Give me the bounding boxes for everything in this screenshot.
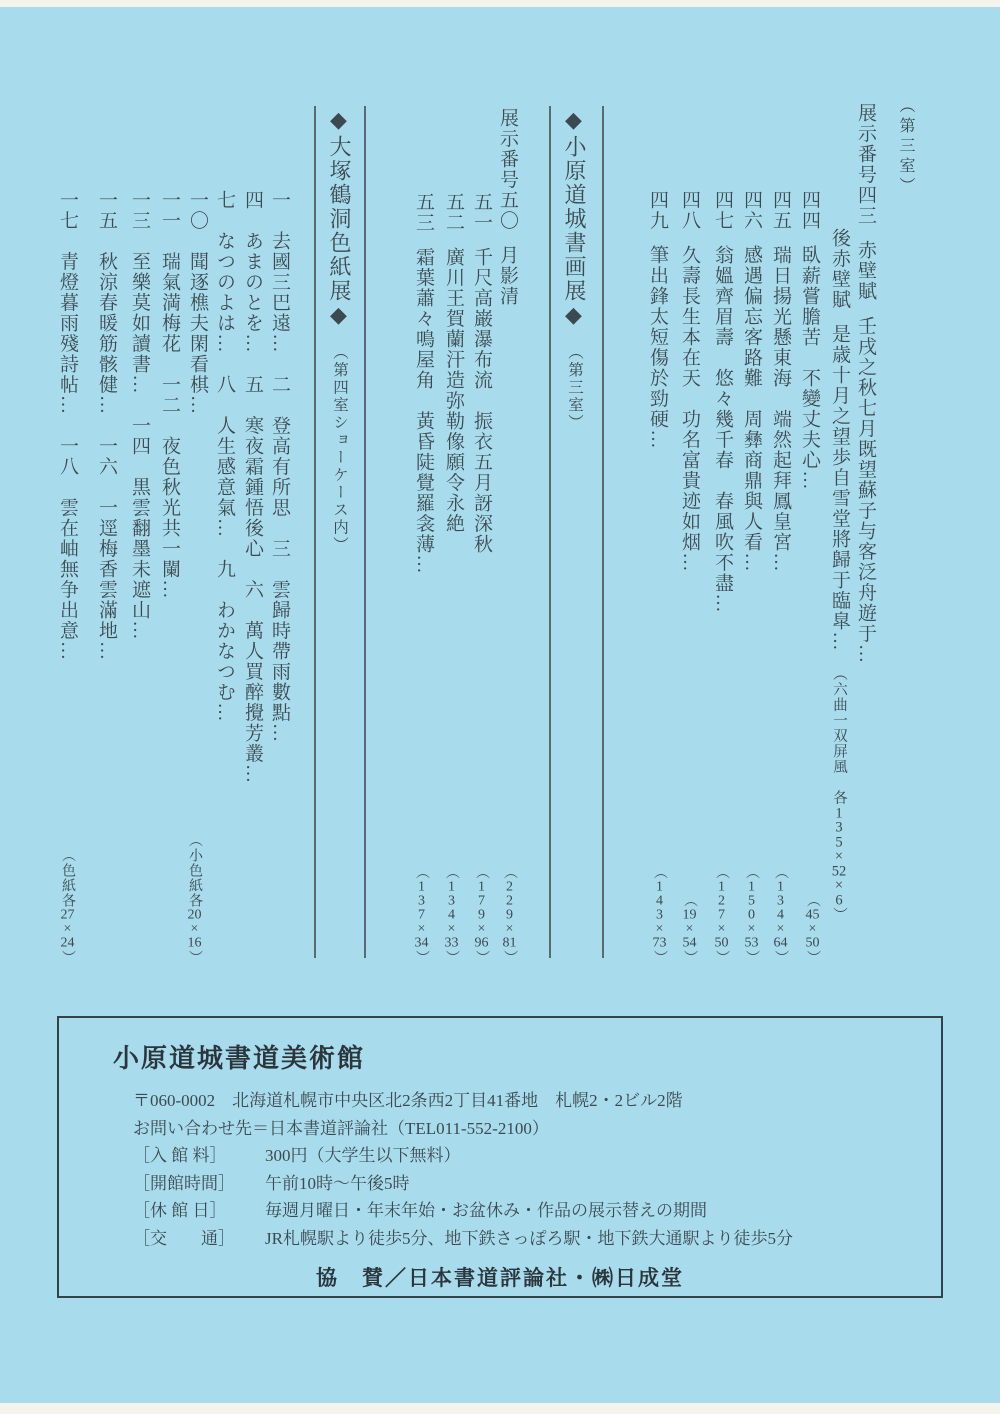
size-note-shikishi: （色紙各27×24）	[60, 848, 74, 965]
exhibit-text: 霜葉蕭々鳴屋角 黃昏陡覺羅衾薄…	[413, 247, 434, 575]
contact-line: お問い合わせ先＝日本書道評論社（TEL011-552-2100）	[133, 1115, 941, 1143]
info-value: 毎週月曜日・年末年始・お盆休み・作品の展示替えの期間	[265, 1197, 707, 1225]
shikishi-column-1: 一 去國三巴遠… 二 登高有所思 三 雲歸時帶雨數點…	[270, 190, 289, 744]
exhibit-item-45: 四五瑞日揚光懸東海 端然起拜鳳皇宮…	[771, 190, 790, 573]
exhibit-item-48: 四八久壽長生本在天 功名富貴迹如烟…	[680, 190, 699, 573]
scan-edge-top	[0, 0, 1000, 7]
exhibit-item-43: 展示番号四三赤壁賦壬戌之秋七月既望蘇子与客泛舟遊于…	[856, 103, 875, 664]
section-heading-shikishiten: ◆大塚鶴洞色紙展◆（第四室ショーケース内）	[328, 108, 350, 554]
exhibit-text: 久壽長生本在天 功名富貴迹如烟…	[679, 245, 700, 573]
exhibit-number: 四八	[679, 190, 700, 231]
exhibit-item-44: 四四臥薪嘗膽苦 不變丈夫心…	[800, 190, 819, 491]
size-note-49: （143×73）	[652, 865, 666, 965]
info-row-admission: ［入 館 料］ 300円（大学生以下無料）	[133, 1142, 941, 1170]
exhibit-item-52: 五二廣川王賀蘭汗造弥勒像願令永絶	[444, 192, 463, 534]
info-value: JR札幌駅より徒歩5分、地下鉄さっぽろ駅・地下鉄大通駅より徒歩5分	[265, 1225, 793, 1253]
postal-address: 〒060-0002 北海道札幌市中央区北2条西2丁目41番地 札幌2・2ビル2階	[133, 1087, 941, 1115]
size-note-44: （45×50）	[805, 893, 819, 965]
exhibit-number: 四九	[647, 190, 668, 231]
size-note-50: （229×81）	[502, 865, 516, 965]
size-note-45: （134×64）	[773, 865, 787, 965]
exhibit-number: 五一	[471, 192, 492, 233]
exhibit-item-51: 五一千尺高巌瀑布流 振衣五月訝深秋	[472, 192, 491, 555]
info-row-access: ［交 通］ JR札幌駅より徒歩5分、地下鉄さっぽろ駅・地下鉄大通駅より徒歩5分	[133, 1225, 941, 1253]
exhibit-number-label: 展示番号四三	[855, 103, 876, 226]
exhibit-item-43-second-line: 後赤壁賦是歳十月之望歩自雪堂將歸于臨皐…（六曲一双屏風 各135×52×6）	[830, 228, 849, 923]
section-divider-rule	[549, 106, 551, 958]
exhibit-number: 四四	[799, 190, 820, 231]
room3-note: （第三室）	[897, 97, 913, 197]
section-title: ◆小原道城書画展◆	[562, 108, 587, 330]
shikishi-column-6: 一三 至樂莫如讀書… 一四 黒雲翻墨未遮山…	[130, 190, 149, 641]
size-note-51: （179×96）	[474, 865, 488, 965]
shikishi-column-7: 一五 秋涼春暖筋骸健… 一六 一逕梅香雲滿地…	[97, 190, 116, 662]
size-note-52: （134×33）	[444, 865, 458, 965]
scan-edge-bottom	[0, 1403, 1000, 1414]
exhibit-text: 是歳十月之望歩自雪堂將歸于臨皐…	[829, 324, 850, 652]
info-label: ［開館時間］	[133, 1170, 245, 1198]
section-title: ◆大塚鶴洞色紙展◆	[327, 108, 352, 330]
exhibit-text: 臥薪嘗膽苦 不變丈夫心…	[799, 245, 820, 491]
museum-details: 〒060-0002 北海道札幌市中央区北2条西2丁目41番地 札幌2・2ビル2階…	[133, 1087, 941, 1252]
section-heading-shogaten: ◆小原道城書画展◆（第三室）	[563, 108, 585, 432]
exhibit-text: 月影清	[497, 245, 518, 307]
info-label: ［入 館 料］	[133, 1142, 245, 1170]
exhibit-title: 後赤壁賦	[829, 228, 850, 310]
info-row-closed: ［休 館 日］ 毎週月曜日・年末年始・お盆休み・作品の展示替えの期間	[133, 1197, 941, 1225]
section-divider-rule	[602, 106, 604, 958]
exhibit-text: 千尺高巌瀑布流 振衣五月訝深秋	[471, 247, 492, 555]
exhibit-text: 感遇偏忘客路難 周彝商鼎與人看…	[741, 245, 762, 573]
exhibit-text: 筆出鋒太短傷於勁硬…	[647, 245, 668, 450]
exhibit-title: 赤壁賦	[855, 240, 876, 302]
exhibit-item-53: 五三霜葉蕭々鳴屋角 黃昏陡覺羅衾薄…	[414, 192, 433, 575]
exhibit-number: 五三	[413, 192, 434, 233]
size-note-47: （127×50）	[714, 865, 728, 965]
museum-info-box: 小原道城書道美術館 〒060-0002 北海道札幌市中央区北2条西2丁目41番地…	[57, 1016, 943, 1298]
info-value: 300円（大学生以下無料）	[265, 1142, 461, 1170]
shikishi-column-4: 一〇 聞逐樵夫閑看棋…	[188, 190, 207, 416]
size-note-53: （137×34）	[414, 865, 428, 965]
exhibit-number-label: 展示番号五〇	[497, 108, 518, 231]
size-note-48: （19×54）	[682, 893, 696, 965]
section-room-note: （第四室ショーケース内）	[331, 344, 348, 554]
shikishi-column-5: 一一 瑞氣満梅花 一二 夜色秋光共一闌…	[160, 190, 179, 600]
exhibit-number: 四六	[741, 190, 762, 231]
exhibit-number: 五二	[443, 192, 464, 233]
info-row-hours: ［開館時間］ 午前10時～午後5時	[133, 1170, 941, 1198]
exhibit-number: 四五	[770, 190, 791, 231]
exhibit-number: 四七	[712, 190, 733, 231]
section-room-note: （第三室）	[566, 344, 583, 432]
exhibit-text: 瑞日揚光懸東海 端然起拜鳳皇宮…	[770, 245, 791, 573]
info-label: ［休 館 日］	[133, 1197, 245, 1225]
exhibit-item-47: 四七翁媼齊眉壽 悠々幾千春 春風吹不盡…	[713, 190, 732, 614]
exhibit-item-50: 展示番号五〇月影清	[498, 108, 517, 307]
museum-name: 小原道城書道美術館	[113, 1038, 941, 1075]
exhibit-text: 廣川王賀蘭汗造弥勒像願令永絶	[443, 247, 464, 534]
section-divider-rule	[364, 106, 366, 958]
shikishi-column-2: 四 あまのとを… 五 寒夜霜鍾悟後心 六 萬人買醉攪芳叢…	[243, 190, 262, 785]
sponsor-line: 協 賛／日本書道評論社・㈱日成堂	[59, 1262, 941, 1292]
section-divider-rule	[314, 106, 316, 958]
exhibition-flyer-page: （第三室） 展示番号四三赤壁賦壬戌之秋七月既望蘇子与客泛舟遊于… 後赤壁賦是歳十…	[0, 0, 1000, 1414]
exhibit-text: 壬戌之秋七月既望蘇子与客泛舟遊于…	[855, 316, 876, 665]
exhibit-item-46: 四六感遇偏忘客路難 周彝商鼎與人看…	[742, 190, 761, 573]
info-label: ［交 通］	[133, 1225, 245, 1253]
info-value: 午前10時～午後5時	[265, 1170, 410, 1198]
shikishi-column-3: 七 なつのよは… 八 人生感意氣… 九 わかなつむ…	[215, 190, 234, 723]
exhibit-text: 翁媼齊眉壽 悠々幾千春 春風吹不盡…	[712, 245, 733, 614]
shikishi-column-8: 一七 青燈暮雨殘詩帖… 一八 雲在岫無争出意…	[58, 190, 77, 662]
size-note-small-shikishi: （小色紙各20×16）	[187, 833, 201, 965]
size-note-46: （150×53）	[744, 865, 758, 965]
exhibit-item-49: 四九筆出鋒太短傷於勁硬…	[648, 190, 667, 450]
size-note: （六曲一双屏風 各135×52×6）	[831, 666, 847, 923]
